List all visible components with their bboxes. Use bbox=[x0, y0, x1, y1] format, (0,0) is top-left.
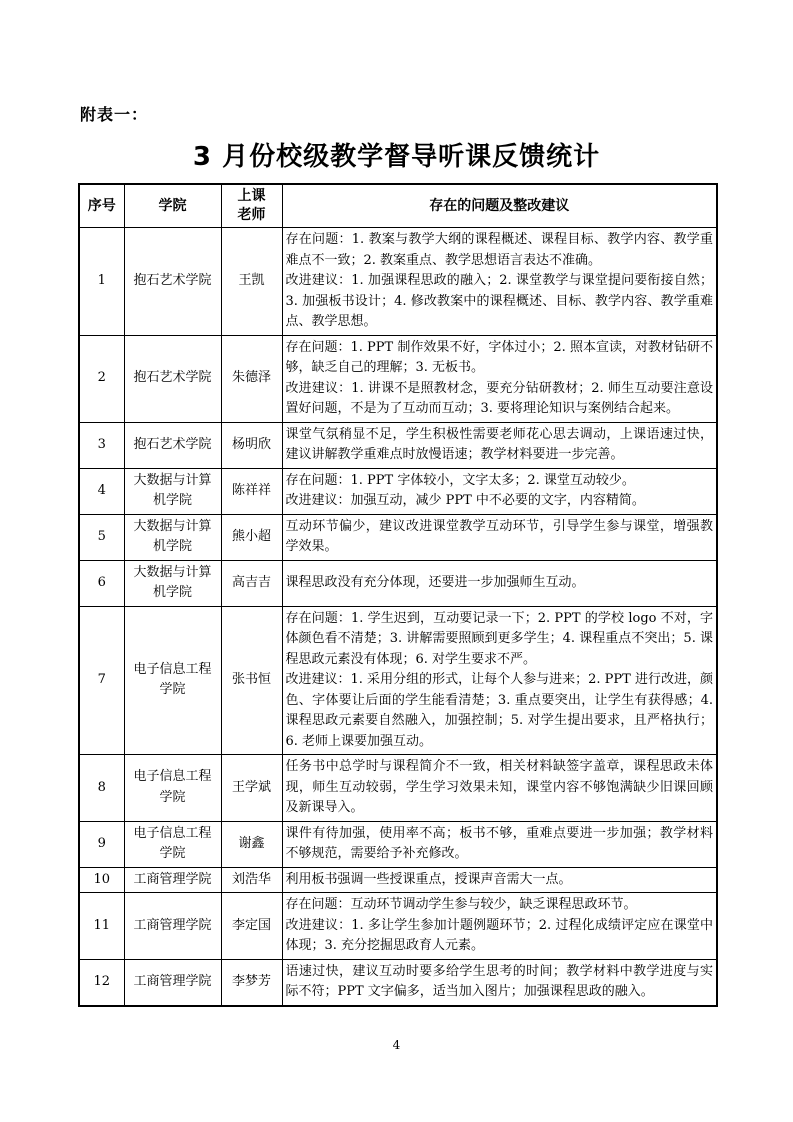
row-no: 9 bbox=[79, 821, 124, 867]
row-college: 工商管理学院 bbox=[124, 959, 221, 1006]
col-header-feedback: 存在的问题及整改建议 bbox=[282, 184, 717, 228]
page-title: 3 月份校级教学督导听课反馈统计 bbox=[0, 136, 793, 173]
row-college: 工商管理学院 bbox=[124, 893, 221, 960]
row-no: 10 bbox=[79, 867, 124, 893]
row-feedback: 课件有待加强，使用率不高；板书不够，重难点要进一步加强；教学材料不够规范，需要给… bbox=[282, 821, 717, 867]
row-no: 7 bbox=[79, 606, 124, 755]
table-row: 7 电子信息工程学院 张书恒 存在问题：1. 学生迟到，互动要记录一下；2. P… bbox=[79, 606, 717, 755]
feedback-paragraph: 互动环节偏少，建议改进课堂教学互动环节，引导学生参与课堂，增强教学效果。 bbox=[286, 517, 714, 558]
row-no: 2 bbox=[79, 335, 124, 422]
feedback-paragraph: 改进建议：1. 采用分组的形式，让每个人参与进来；2. PPT 进行改进，颜色、… bbox=[286, 670, 714, 752]
row-feedback: 利用板书强调一些授课重点，授课声音需大一点。 bbox=[282, 867, 717, 893]
feedback-table-body: 1 抱石艺术学院 王凯 存在问题：1. 教案与教学大纲的课程概述、课程目标、教学… bbox=[79, 228, 717, 1006]
row-teacher: 杨明欣 bbox=[221, 422, 282, 468]
col-header-teacher: 上课老师 bbox=[221, 184, 282, 228]
row-feedback: 存在问题：1. 教案与教学大纲的课程概述、课程目标、教学内容、教学重难点不一致；… bbox=[282, 228, 717, 336]
row-teacher: 谢鑫 bbox=[221, 821, 282, 867]
row-feedback: 任务书中总学时与课程简介不一致，相关材料缺签字盖章，课程思政未体现，师生互动较弱… bbox=[282, 755, 717, 822]
table-row: 4 大数据与计算机学院 陈祥祥 存在问题：1. PPT 字体较小，文字太多；2.… bbox=[79, 468, 717, 514]
row-college: 大数据与计算机学院 bbox=[124, 514, 221, 560]
row-college: 电子信息工程学院 bbox=[124, 606, 221, 755]
feedback-paragraph: 存在问题：1. 学生迟到，互动要记录一下；2. PPT 的学校 logo 不对，… bbox=[286, 609, 714, 671]
row-teacher: 朱德泽 bbox=[221, 335, 282, 422]
row-feedback: 存在问题：1. PPT 制作效果不好，字体过小；2. 照本宣读，对教材钻研不够，… bbox=[282, 335, 717, 422]
feedback-paragraph: 存在问题：1. PPT 字体较小，文字太多；2. 课堂互动较少。 bbox=[286, 471, 714, 492]
row-feedback: 存在问题：1. 学生迟到，互动要记录一下；2. PPT 的学校 logo 不对，… bbox=[282, 606, 717, 755]
table-row: 2 抱石艺术学院 朱德泽 存在问题：1. PPT 制作效果不好，字体过小；2. … bbox=[79, 335, 717, 422]
row-teacher: 熊小超 bbox=[221, 514, 282, 560]
row-college: 电子信息工程学院 bbox=[124, 755, 221, 822]
table-row: 1 抱石艺术学院 王凯 存在问题：1. 教案与教学大纲的课程概述、课程目标、教学… bbox=[79, 228, 717, 336]
feedback-table: 序号 学院 上课老师 存在的问题及整改建议 1 抱石艺术学院 王凯 存在问题：1… bbox=[78, 183, 718, 1007]
row-no: 8 bbox=[79, 755, 124, 822]
feedback-paragraph: 存在问题：1. 教案与教学大纲的课程概述、课程目标、教学内容、教学重难点不一致；… bbox=[286, 230, 714, 271]
table-row: 12 工商管理学院 李梦芳 语速过快，建议互动时要多给学生思考的时间；教学材料中… bbox=[79, 959, 717, 1006]
table-row: 3 抱石艺术学院 杨明欣 课堂气氛稍显不足，学生积极性需要老师花心思去调动，上课… bbox=[79, 422, 717, 468]
row-feedback: 语速过快，建议互动时要多给学生思考的时间；教学材料中教学进度与实际不符；PPT … bbox=[282, 959, 717, 1006]
table-row: 9 电子信息工程学院 谢鑫 课件有待加强，使用率不高；板书不够，重难点要进一步加… bbox=[79, 821, 717, 867]
feedback-paragraph: 存在问题：互动环节调动学生参与较少，缺乏课程思政环节。 bbox=[286, 895, 714, 916]
attachment-caption: 附表一： bbox=[80, 102, 148, 125]
header-row: 序号 学院 上课老师 存在的问题及整改建议 bbox=[79, 184, 717, 228]
row-no: 6 bbox=[79, 560, 124, 606]
row-feedback: 课堂气氛稍显不足，学生积极性需要老师花心思去调动，上课语速过快，建议讲解教学重难… bbox=[282, 422, 717, 468]
feedback-paragraph: 语速过快，建议互动时要多给学生思考的时间；教学材料中教学进度与实际不符；PPT … bbox=[286, 962, 714, 1003]
row-feedback: 存在问题：1. PPT 字体较小，文字太多；2. 课堂互动较少。改进建议：加强互… bbox=[282, 468, 717, 514]
col-header-college: 学院 bbox=[124, 184, 221, 228]
row-feedback: 课程思政没有充分体现，还要进一步加强师生互动。 bbox=[282, 560, 717, 606]
row-college: 抱石艺术学院 bbox=[124, 228, 221, 336]
row-teacher: 李梦芳 bbox=[221, 959, 282, 1006]
row-college: 大数据与计算机学院 bbox=[124, 468, 221, 514]
feedback-paragraph: 课程思政没有充分体现，还要进一步加强师生互动。 bbox=[286, 573, 714, 594]
feedback-paragraph: 存在问题：1. PPT 制作效果不好，字体过小；2. 照本宣读，对教材钻研不够，… bbox=[286, 338, 714, 379]
row-teacher: 张书恒 bbox=[221, 606, 282, 755]
row-teacher: 陈祥祥 bbox=[221, 468, 282, 514]
row-college: 工商管理学院 bbox=[124, 867, 221, 893]
row-no: 1 bbox=[79, 228, 124, 336]
feedback-paragraph: 利用板书强调一些授课重点，授课声音需大一点。 bbox=[286, 870, 714, 891]
row-college: 抱石艺术学院 bbox=[124, 422, 221, 468]
row-college: 抱石艺术学院 bbox=[124, 335, 221, 422]
feedback-paragraph: 改进建议：加强互动，减少 PPT 中不必要的文字，内容精简。 bbox=[286, 491, 714, 512]
row-feedback: 互动环节偏少，建议改进课堂教学互动环节，引导学生参与课堂，增强教学效果。 bbox=[282, 514, 717, 560]
feedback-paragraph: 改进建议：1. 加强课程思政的融入；2. 课堂教学与课堂提问要衔接自然；3. 加… bbox=[286, 271, 714, 333]
feedback-table-header: 序号 学院 上课老师 存在的问题及整改建议 bbox=[79, 184, 717, 228]
table-row: 5 大数据与计算机学院 熊小超 互动环节偏少，建议改进课堂教学互动环节，引导学生… bbox=[79, 514, 717, 560]
row-teacher: 刘浩华 bbox=[221, 867, 282, 893]
feedback-paragraph: 课件有待加强，使用率不高；板书不够，重难点要进一步加强；教学材料不够规范，需要给… bbox=[286, 824, 714, 865]
feedback-paragraph: 改进建议：1. 多让学生参加计题例题环节；2. 过程化成绩评定应在课堂中体现；3… bbox=[286, 916, 714, 957]
row-teacher: 王凯 bbox=[221, 228, 282, 336]
col-header-no: 序号 bbox=[79, 184, 124, 228]
row-no: 5 bbox=[79, 514, 124, 560]
row-teacher: 李定国 bbox=[221, 893, 282, 960]
feedback-paragraph: 任务书中总学时与课程简介不一致，相关材料缺签字盖章，课程思政未体现，师生互动较弱… bbox=[286, 757, 714, 819]
col-header-teacher-label: 上课老师 bbox=[235, 187, 267, 225]
table-row: 8 电子信息工程学院 王学斌 任务书中总学时与课程简介不一致，相关材料缺签字盖章… bbox=[79, 755, 717, 822]
page-number: 4 bbox=[0, 1038, 793, 1052]
row-feedback: 存在问题：互动环节调动学生参与较少，缺乏课程思政环节。改进建议：1. 多让学生参… bbox=[282, 893, 717, 960]
document-page: 附表一： 3 月份校级教学督导听课反馈统计 序号 学院 上课老师 存在的问题及整… bbox=[0, 0, 793, 1122]
feedback-paragraph: 改进建议：1. 讲课不是照教材念，要充分钻研教材；2. 师生互动要注意设置好问题… bbox=[286, 379, 714, 420]
table-row: 6 大数据与计算机学院 高吉吉 课程思政没有充分体现，还要进一步加强师生互动。 bbox=[79, 560, 717, 606]
row-teacher: 王学斌 bbox=[221, 755, 282, 822]
row-college: 电子信息工程学院 bbox=[124, 821, 221, 867]
table-row: 11 工商管理学院 李定国 存在问题：互动环节调动学生参与较少，缺乏课程思政环节… bbox=[79, 893, 717, 960]
row-no: 11 bbox=[79, 893, 124, 960]
row-teacher: 高吉吉 bbox=[221, 560, 282, 606]
row-no: 4 bbox=[79, 468, 124, 514]
table-row: 10 工商管理学院 刘浩华 利用板书强调一些授课重点，授课声音需大一点。 bbox=[79, 867, 717, 893]
feedback-paragraph: 课堂气氛稍显不足，学生积极性需要老师花心思去调动，上课语速过快，建议讲解教学重难… bbox=[286, 425, 714, 466]
row-no: 3 bbox=[79, 422, 124, 468]
row-college: 大数据与计算机学院 bbox=[124, 560, 221, 606]
row-no: 12 bbox=[79, 959, 124, 1006]
